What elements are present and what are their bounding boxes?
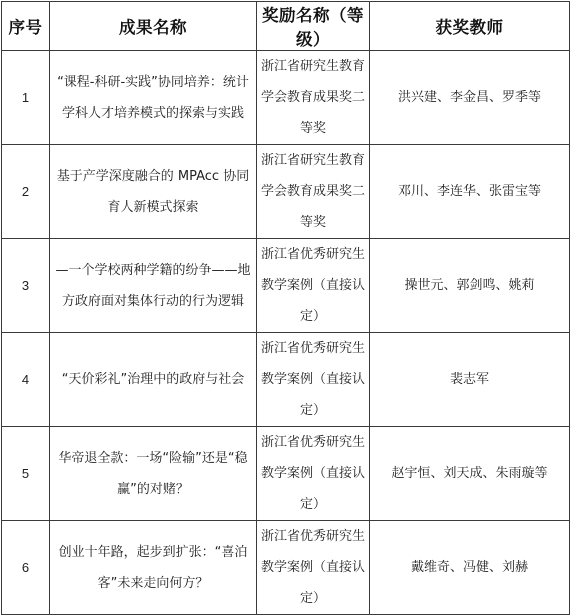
header-name: 成果名称 — [50, 2, 257, 51]
award-name: 浙江省研究生教育学会教育成果奖二等奖 — [257, 145, 370, 239]
achievement-name: “天价彩礼”治理中的政府与社会 — [50, 333, 257, 427]
header-index: 序号 — [2, 2, 50, 51]
header-row: 序号 成果名称 奖励名称（等级） 获奖教师 — [2, 2, 570, 51]
row-index: 4 — [2, 333, 50, 427]
award-teachers: 赵宇恒、刘天成、朱雨璇等 — [370, 427, 570, 478]
table-row: 3 —一个学校两种学籍的纷争——地方政府面对集体行动的行为逻辑 浙江省优秀研究生… — [2, 239, 570, 333]
achievement-name: 华帝退全款：一场“险输”还是“稳赢”的对赌？ — [50, 427, 257, 478]
awards-table: 序号 成果名称 奖励名称（等级） 获奖教师 1 “课程-科研-实践”协同培养：统… — [1, 1, 570, 477]
table-row: 2 基于产学深度融合的 MPAcc 协同育人新模式探索 浙江省研究生教育学会教育… — [2, 145, 570, 239]
award-name: 浙江省优秀研究生教学案例（直接认定） — [257, 333, 370, 427]
achievement-name: “课程-科研-实践”协同培养：统计学科人才培养模式的探索与实践 — [50, 51, 257, 145]
award-teachers: 裴志军 — [370, 333, 570, 427]
award-name: 浙江省优秀研究生教学案例（直接认定） — [257, 239, 370, 333]
achievement-name: —一个学校两种学籍的纷争——地方政府面对集体行动的行为逻辑 — [50, 239, 257, 333]
row-index: 5 — [2, 427, 50, 478]
table-row: 1 “课程-科研-实践”协同培养：统计学科人才培养模式的探索与实践 浙江省研究生… — [2, 51, 570, 145]
row-index: 2 — [2, 145, 50, 239]
row-index: 3 — [2, 239, 50, 333]
header-award: 奖励名称（等级） — [257, 2, 370, 51]
achievement-name: 基于产学深度融合的 MPAcc 协同育人新模式探索 — [50, 145, 257, 239]
table-row: 5 华帝退全款：一场“险输”还是“稳赢”的对赌？ 浙江省优秀研究生教学案例（直接… — [2, 427, 570, 478]
row-index: 1 — [2, 51, 50, 145]
table-row: 4 “天价彩礼”治理中的政府与社会 浙江省优秀研究生教学案例（直接认定） 裴志军 — [2, 333, 570, 427]
award-teachers: 洪兴建、李金昌、罗季等 — [370, 51, 570, 145]
award-name: 浙江省研究生教育学会教育成果奖二等奖 — [257, 51, 370, 145]
header-teachers: 获奖教师 — [370, 2, 570, 51]
award-teachers: 操世元、郭剑鸣、姚莉 — [370, 239, 570, 333]
award-name: 浙江省优秀研究生教学案例（直接认定） — [257, 427, 370, 478]
award-teachers: 邓川、李连华、张雷宝等 — [370, 145, 570, 239]
